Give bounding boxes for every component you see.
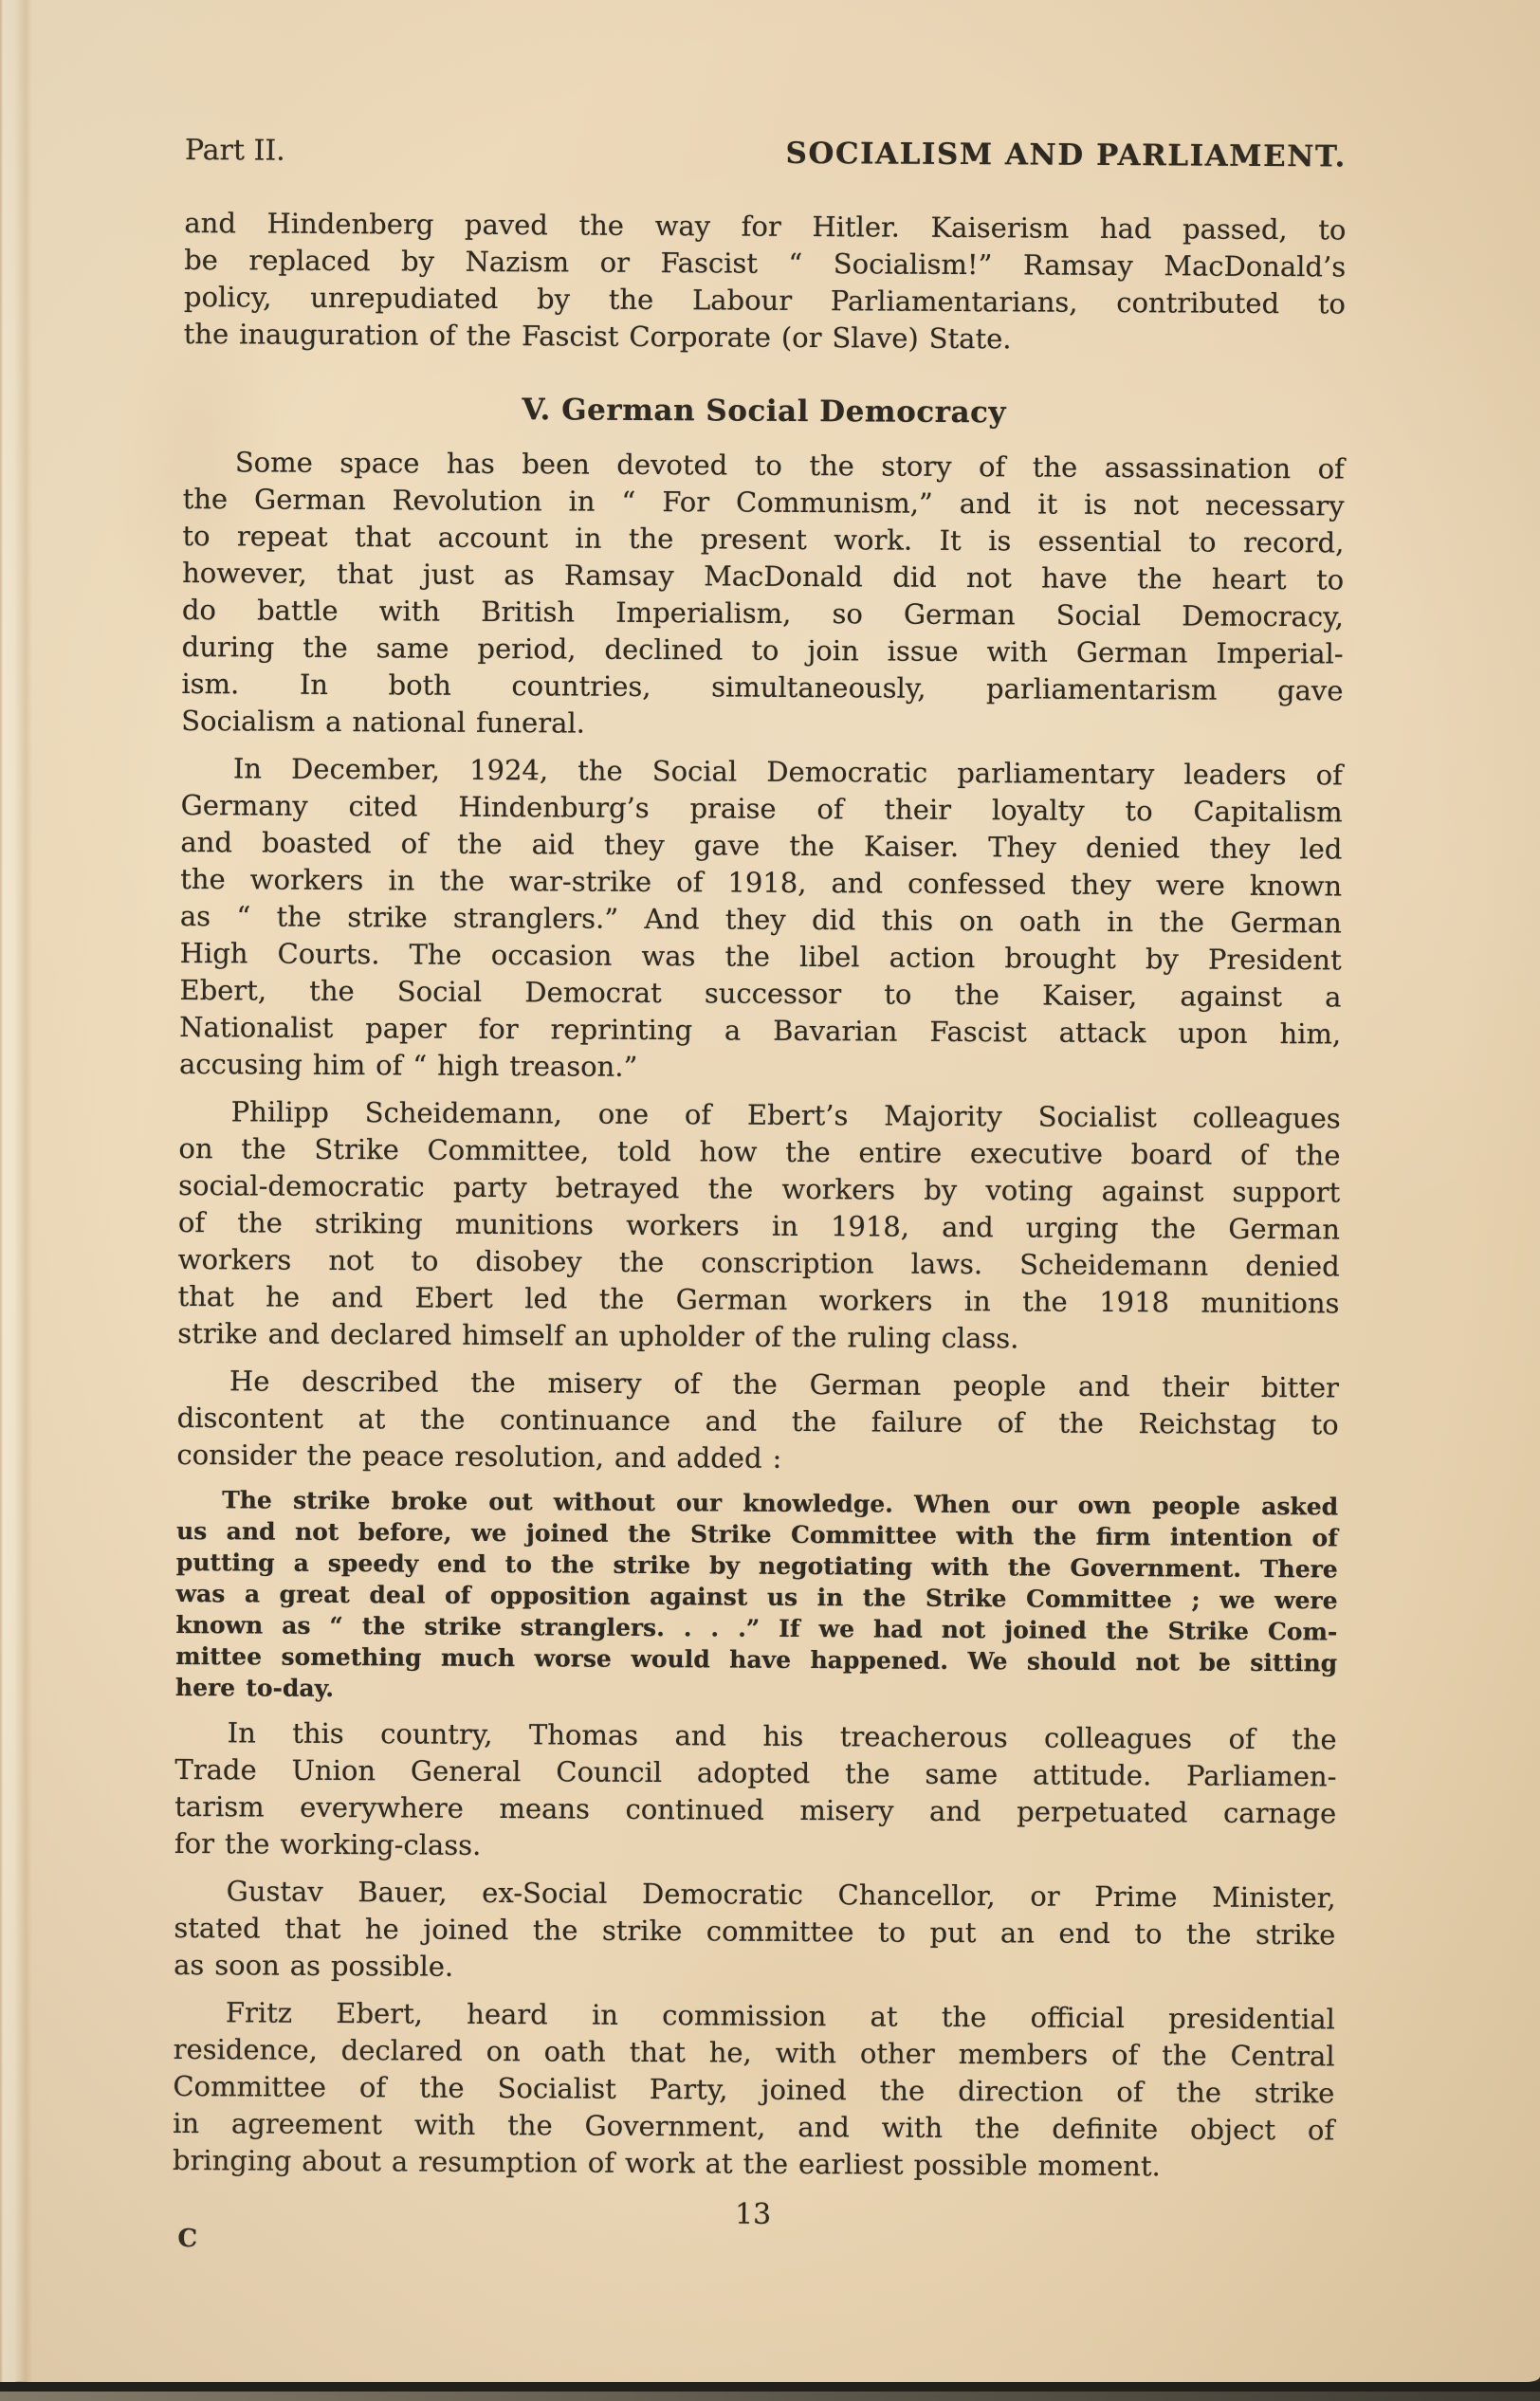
- paragraph: He described the misery of the German pe…: [176, 1363, 1339, 1480]
- text-line: bringing about a resumption of work at t…: [173, 2142, 1334, 2186]
- text-line: Socialism a national funeral.: [181, 703, 1343, 746]
- paragraph: Some space has been devoted to the story…: [181, 444, 1345, 746]
- page-footer: 13 C: [172, 2194, 1334, 2286]
- text-line: for the working-class.: [174, 1825, 1336, 1869]
- running-head: Part II. SOCIALISM AND PARLIAMENT.: [185, 133, 1347, 174]
- signature-mark: C: [177, 2225, 197, 2253]
- paragraph: In December, 1924, the Social Democratic…: [179, 750, 1343, 1090]
- paragraph: In this country, Thomas and his treacher…: [174, 1714, 1337, 1869]
- text-line: consider the peace resolution, and added…: [176, 1437, 1338, 1480]
- text-line: accusing him of “ high treason.”: [179, 1046, 1341, 1090]
- content-flow: and Hindenberg paved the way for Hitler.…: [173, 205, 1347, 2186]
- page-number: 13: [173, 2194, 1334, 2234]
- block-quote: The strike broke out without our knowled…: [175, 1484, 1338, 1710]
- running-title: SOCIALISM AND PARLIAMENT.: [785, 137, 1347, 174]
- bottom-page-edge: [0, 2392, 1540, 2401]
- left-page-edge: [0, 0, 32, 2382]
- paragraph: Gustav Bauer, ex-Social Democratic Chanc…: [174, 1873, 1336, 1990]
- text-block: Part II. SOCIALISM AND PARLIAMENT. and H…: [172, 133, 1347, 2286]
- part-label: Part II.: [185, 134, 285, 168]
- paragraph: Fritz Ebert, heard in commission at the …: [173, 1994, 1335, 2186]
- scanned-book-page: Part II. SOCIALISM AND PARLIAMENT. and H…: [0, 0, 1540, 2401]
- text-line: as soon as possible.: [174, 1947, 1335, 1990]
- paragraph: and Hindenberg paved the way for Hitler.…: [184, 205, 1347, 359]
- paragraph: Philipp Scheidemann, one of Ebert’s Majo…: [177, 1093, 1341, 1359]
- section-heading: V. German Social Democracy: [183, 391, 1345, 431]
- text-line: strike and declared himself an upholder …: [177, 1315, 1339, 1359]
- text-line: the inauguration of the Fascist Corporat…: [184, 316, 1346, 359]
- book-page-paper: Part II. SOCIALISM AND PARLIAMENT. and H…: [0, 0, 1540, 2382]
